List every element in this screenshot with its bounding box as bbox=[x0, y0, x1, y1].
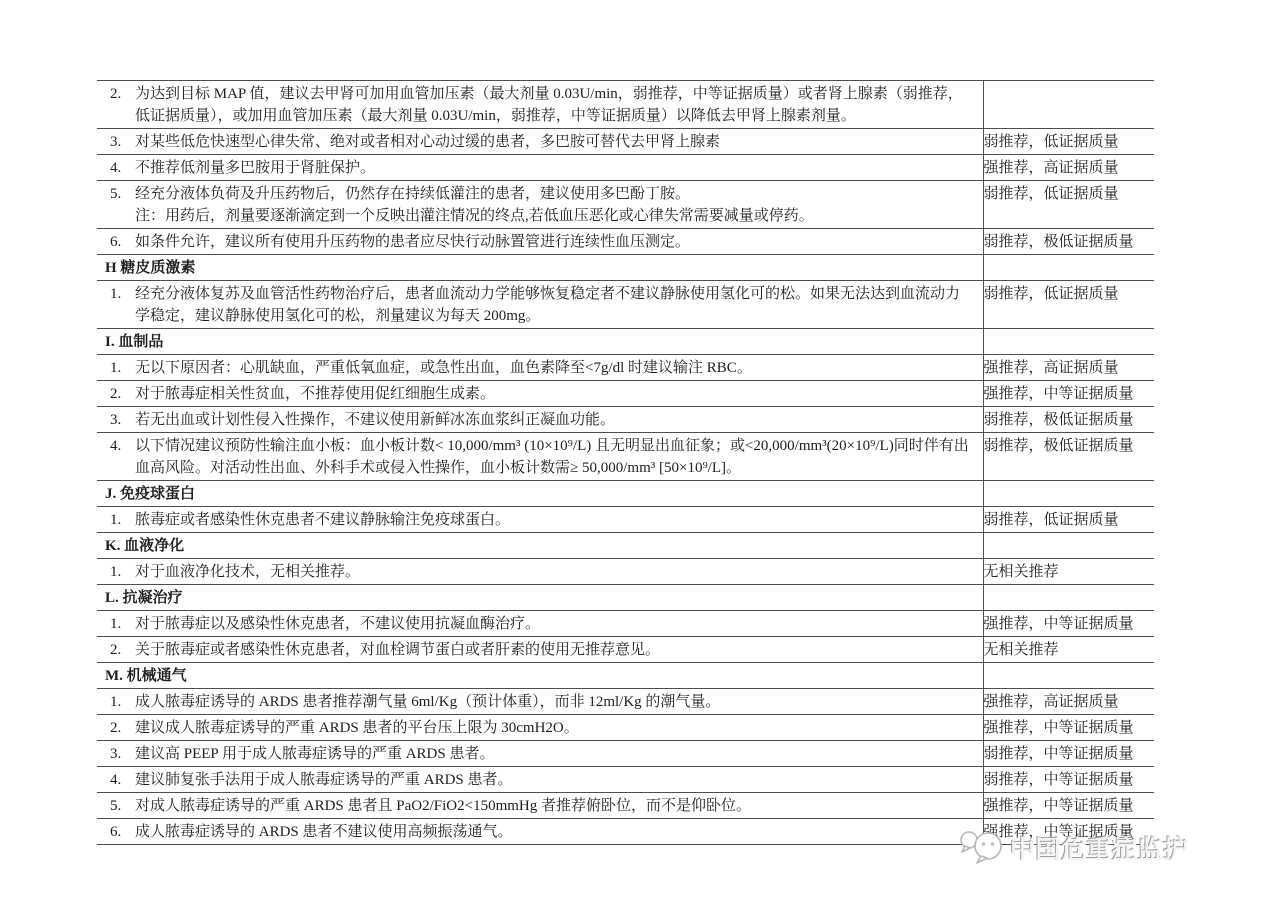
guideline-table: 2.为达到目标 MAP 值，建议去甲肾可加用血管加压素（最大剂量 0.03U/m… bbox=[97, 80, 1154, 845]
recommendation-cell: 6.成人脓毒症诱导的 ARDS 患者不建议使用高频振荡通气。 bbox=[97, 819, 983, 845]
item-number: 3. bbox=[97, 409, 135, 431]
item-text: 不推荐低剂量多巴胺用于肾脏保护。 bbox=[135, 157, 983, 179]
table-row: 5.经充分液体负荷及升压药物后，仍然存在持续低灌注的患者，建议使用多巴酚丁胺。 … bbox=[97, 181, 1154, 229]
guideline-table-body: 2.为达到目标 MAP 值，建议去甲肾可加用血管加压素（最大剂量 0.03U/m… bbox=[97, 81, 1154, 845]
item-text: 脓毒症或者感染性休克患者不建议静脉输注免疫球蛋白。 bbox=[135, 509, 983, 531]
section-header: I. 血制品 bbox=[97, 331, 983, 353]
item-text: 关于脓毒症或者感染性休克患者，对血栓调节蛋白或者肝素的使用无推荐意见。 bbox=[135, 639, 983, 661]
recommendation-cell: K. 血液净化 bbox=[97, 533, 983, 559]
grade-cell: 弱推荐，中等证据质量 bbox=[983, 741, 1154, 767]
item-number: 2. bbox=[97, 83, 135, 127]
watermark-logo: 中国危重症监护 bbox=[958, 824, 1194, 872]
item-number: 3. bbox=[97, 743, 135, 765]
table-row: 6.如条件允许，建议所有使用升压药物的患者应尽快行动脉置管进行连续性血压测定。弱… bbox=[97, 229, 1154, 255]
item-text: 成人脓毒症诱导的 ARDS 患者不建议使用高频振荡通气。 bbox=[135, 821, 983, 843]
grade-cell: 弱推荐，低证据质量 bbox=[983, 281, 1154, 329]
grade-cell: 强推荐，中等证据质量 bbox=[983, 715, 1154, 741]
item-number: 1. bbox=[97, 357, 135, 379]
recommendation-cell: 1.成人脓毒症诱导的 ARDS 患者推荐潮气量 6ml/Kg（预计体重），而非 … bbox=[97, 689, 983, 715]
grade-cell: 弱推荐，极低证据质量 bbox=[983, 229, 1154, 255]
table-row: 4.以下情况建议预防性输注血小板：血小板计数< 10,000/mm³ (10×1… bbox=[97, 433, 1154, 481]
grade-cell: 弱推荐，低证据质量 bbox=[983, 507, 1154, 533]
table-row: 1.对于脓毒症以及感染性休克患者，不建议使用抗凝血酶治疗。强推荐，中等证据质量 bbox=[97, 611, 1154, 637]
grade-cell: 强推荐，中等证据质量 bbox=[983, 793, 1154, 819]
section-header: K. 血液净化 bbox=[97, 535, 983, 557]
table-row: 2.建议成人脓毒症诱导的严重 ARDS 患者的平台压上限为 30cmH2O。强推… bbox=[97, 715, 1154, 741]
section-row: K. 血液净化 bbox=[97, 533, 1154, 559]
item-text: 对于脓毒症相关性贫血，不推荐使用促红细胞生成素。 bbox=[135, 383, 983, 405]
table-row: 1.对于血液净化技术，无相关推荐。无相关推荐 bbox=[97, 559, 1154, 585]
item-text: 若无出血或计划性侵入性操作，不建议使用新鲜冰冻血浆纠正凝血功能。 bbox=[135, 409, 983, 431]
grade-cell: 弱推荐，低证据质量 bbox=[983, 129, 1154, 155]
table-row: 1.脓毒症或者感染性休克患者不建议静脉输注免疫球蛋白。弱推荐，低证据质量 bbox=[97, 507, 1154, 533]
recommendation-cell: M. 机械通气 bbox=[97, 663, 983, 689]
item-text: 对于脓毒症以及感染性休克患者，不建议使用抗凝血酶治疗。 bbox=[135, 613, 983, 635]
recommendation-cell: 1.无以下原因者：心肌缺血，严重低氧血症，或急性出血，血色素降至<7g/dl 时… bbox=[97, 355, 983, 381]
grade-cell: 弱推荐，极低证据质量 bbox=[983, 407, 1154, 433]
item-text: 经充分液体复苏及血管活性药物治疗后，患者血流动力学能够恢复稳定者不建议静脉使用氢… bbox=[135, 283, 983, 327]
guideline-table-container: 2.为达到目标 MAP 值，建议去甲肾可加用血管加压素（最大剂量 0.03U/m… bbox=[97, 80, 1154, 845]
table-row: 4.不推荐低剂量多巴胺用于肾脏保护。强推荐，高证据质量 bbox=[97, 155, 1154, 181]
grade-cell bbox=[983, 585, 1154, 611]
recommendation-cell: 1.对于脓毒症以及感染性休克患者，不建议使用抗凝血酶治疗。 bbox=[97, 611, 983, 637]
wechat-bubbles-icon bbox=[958, 827, 1006, 869]
recommendation-cell: I. 血制品 bbox=[97, 329, 983, 355]
section-header: L. 抗凝治疗 bbox=[97, 587, 983, 609]
grade-cell bbox=[983, 533, 1154, 559]
recommendation-cell: 2.关于脓毒症或者感染性休克患者，对血栓调节蛋白或者肝素的使用无推荐意见。 bbox=[97, 637, 983, 663]
table-row: 5.对成人脓毒症诱导的严重 ARDS 患者且 PaO2/FiO2<150mmHg… bbox=[97, 793, 1154, 819]
item-text: 对某些低危快速型心律失常、绝对或者相对心动过缓的患者，多巴胺可替代去甲肾上腺素 bbox=[135, 131, 983, 153]
recommendation-cell: 1.经充分液体复苏及血管活性药物治疗后，患者血流动力学能够恢复稳定者不建议静脉使… bbox=[97, 281, 983, 329]
item-text: 对于血液净化技术，无相关推荐。 bbox=[135, 561, 983, 583]
section-row: J. 免疫球蛋白 bbox=[97, 481, 1154, 507]
item-number: 2. bbox=[97, 639, 135, 661]
grade-cell: 强推荐，高证据质量 bbox=[983, 689, 1154, 715]
section-row: I. 血制品 bbox=[97, 329, 1154, 355]
recommendation-cell: 5.对成人脓毒症诱导的严重 ARDS 患者且 PaO2/FiO2<150mmHg… bbox=[97, 793, 983, 819]
recommendation-cell: 1.对于血液净化技术，无相关推荐。 bbox=[97, 559, 983, 585]
item-number: 1. bbox=[97, 283, 135, 327]
item-number: 5. bbox=[97, 183, 135, 227]
recommendation-cell: 5.经充分液体负荷及升压药物后，仍然存在持续低灌注的患者，建议使用多巴酚丁胺。 … bbox=[97, 181, 983, 229]
recommendation-cell: 2.为达到目标 MAP 值，建议去甲肾可加用血管加压素（最大剂量 0.03U/m… bbox=[97, 81, 983, 129]
recommendation-cell: 1.脓毒症或者感染性休克患者不建议静脉输注免疫球蛋白。 bbox=[97, 507, 983, 533]
grade-cell bbox=[983, 663, 1154, 689]
item-number: 4. bbox=[97, 769, 135, 791]
recommendation-cell: 3.建议高 PEEP 用于成人脓毒症诱导的严重 ARDS 患者。 bbox=[97, 741, 983, 767]
watermark-logo-text: 中国危重症监护 bbox=[1010, 830, 1189, 866]
section-row: H 糖皮质激素 bbox=[97, 255, 1154, 281]
recommendation-cell: J. 免疫球蛋白 bbox=[97, 481, 983, 507]
recommendation-cell: H 糖皮质激素 bbox=[97, 255, 983, 281]
grade-cell: 强推荐，高证据质量 bbox=[983, 155, 1154, 181]
recommendation-cell: 6.如条件允许，建议所有使用升压药物的患者应尽快行动脉置管进行连续性血压测定。 bbox=[97, 229, 983, 255]
grade-cell: 弱推荐，极低证据质量 bbox=[983, 433, 1154, 481]
section-row: L. 抗凝治疗 bbox=[97, 585, 1154, 611]
item-number: 6. bbox=[97, 821, 135, 843]
section-header: J. 免疫球蛋白 bbox=[97, 483, 983, 505]
recommendation-cell: L. 抗凝治疗 bbox=[97, 585, 983, 611]
table-row: 2.对于脓毒症相关性贫血，不推荐使用促红细胞生成素。强推荐，中等证据质量 bbox=[97, 381, 1154, 407]
item-text: 无以下原因者：心肌缺血，严重低氧血症，或急性出血，血色素降至<7g/dl 时建议… bbox=[135, 357, 983, 379]
item-number: 1. bbox=[97, 691, 135, 713]
item-number: 1. bbox=[97, 561, 135, 583]
item-number: 5. bbox=[97, 795, 135, 817]
item-number: 4. bbox=[97, 435, 135, 479]
grade-cell bbox=[983, 329, 1154, 355]
item-text: 为达到目标 MAP 值，建议去甲肾可加用血管加压素（最大剂量 0.03U/min… bbox=[135, 83, 983, 127]
grade-cell bbox=[983, 481, 1154, 507]
table-row: 3.建议高 PEEP 用于成人脓毒症诱导的严重 ARDS 患者。弱推荐，中等证据… bbox=[97, 741, 1154, 767]
table-row: 3.若无出血或计划性侵入性操作，不建议使用新鲜冰冻血浆纠正凝血功能。弱推荐，极低… bbox=[97, 407, 1154, 433]
grade-cell bbox=[983, 255, 1154, 281]
item-text: 建议高 PEEP 用于成人脓毒症诱导的严重 ARDS 患者。 bbox=[135, 743, 983, 765]
table-row: 2.为达到目标 MAP 值，建议去甲肾可加用血管加压素（最大剂量 0.03U/m… bbox=[97, 81, 1154, 129]
grade-cell: 弱推荐，中等证据质量 bbox=[983, 767, 1154, 793]
table-row: 3.对某些低危快速型心律失常、绝对或者相对心动过缓的患者，多巴胺可替代去甲肾上腺… bbox=[97, 129, 1154, 155]
grade-cell: 强推荐，高证据质量 bbox=[983, 355, 1154, 381]
table-row: 1.成人脓毒症诱导的 ARDS 患者推荐潮气量 6ml/Kg（预计体重），而非 … bbox=[97, 689, 1154, 715]
grade-cell: 无相关推荐 bbox=[983, 637, 1154, 663]
grade-cell: 弱推荐，低证据质量 bbox=[983, 181, 1154, 229]
item-text: 经充分液体负荷及升压药物后，仍然存在持续低灌注的患者，建议使用多巴酚丁胺。 注：… bbox=[135, 183, 983, 227]
section-row: M. 机械通气 bbox=[97, 663, 1154, 689]
table-row: 1.无以下原因者：心肌缺血，严重低氧血症，或急性出血，血色素降至<7g/dl 时… bbox=[97, 355, 1154, 381]
item-text: 以下情况建议预防性输注血小板：血小板计数< 10,000/mm³ (10×10⁹… bbox=[135, 435, 983, 479]
item-text: 对成人脓毒症诱导的严重 ARDS 患者且 PaO2/FiO2<150mmHg 者… bbox=[135, 795, 983, 817]
item-text: 建议成人脓毒症诱导的严重 ARDS 患者的平台压上限为 30cmH2O。 bbox=[135, 717, 983, 739]
item-number: 1. bbox=[97, 509, 135, 531]
item-text: 成人脓毒症诱导的 ARDS 患者推荐潮气量 6ml/Kg（预计体重），而非 12… bbox=[135, 691, 983, 713]
grade-cell: 强推荐，中等证据质量 bbox=[983, 611, 1154, 637]
section-header: M. 机械通气 bbox=[97, 665, 983, 687]
table-row: 1.经充分液体复苏及血管活性药物治疗后，患者血流动力学能够恢复稳定者不建议静脉使… bbox=[97, 281, 1154, 329]
item-text: 建议肺复张手法用于成人脓毒症诱导的严重 ARDS 患者。 bbox=[135, 769, 983, 791]
recommendation-cell: 2.对于脓毒症相关性贫血，不推荐使用促红细胞生成素。 bbox=[97, 381, 983, 407]
recommendation-cell: 3.对某些低危快速型心律失常、绝对或者相对心动过缓的患者，多巴胺可替代去甲肾上腺… bbox=[97, 129, 983, 155]
recommendation-cell: 2.建议成人脓毒症诱导的严重 ARDS 患者的平台压上限为 30cmH2O。 bbox=[97, 715, 983, 741]
table-row: 2.关于脓毒症或者感染性休克患者，对血栓调节蛋白或者肝素的使用无推荐意见。无相关… bbox=[97, 637, 1154, 663]
recommendation-cell: 3.若无出血或计划性侵入性操作，不建议使用新鲜冰冻血浆纠正凝血功能。 bbox=[97, 407, 983, 433]
grade-cell: 强推荐，中等证据质量 bbox=[983, 381, 1154, 407]
item-number: 4. bbox=[97, 157, 135, 179]
item-number: 1. bbox=[97, 613, 135, 635]
item-number: 6. bbox=[97, 231, 135, 253]
grade-cell: 无相关推荐 bbox=[983, 559, 1154, 585]
item-number: 3. bbox=[97, 131, 135, 153]
item-number: 2. bbox=[97, 383, 135, 405]
item-text: 如条件允许，建议所有使用升压药物的患者应尽快行动脉置管进行连续性血压测定。 bbox=[135, 231, 983, 253]
section-header: H 糖皮质激素 bbox=[97, 257, 983, 279]
recommendation-cell: 4.建议肺复张手法用于成人脓毒症诱导的严重 ARDS 患者。 bbox=[97, 767, 983, 793]
item-number: 2. bbox=[97, 717, 135, 739]
table-row: 4.建议肺复张手法用于成人脓毒症诱导的严重 ARDS 患者。弱推荐，中等证据质量 bbox=[97, 767, 1154, 793]
recommendation-cell: 4.不推荐低剂量多巴胺用于肾脏保护。 bbox=[97, 155, 983, 181]
grade-cell bbox=[983, 81, 1154, 129]
recommendation-cell: 4.以下情况建议预防性输注血小板：血小板计数< 10,000/mm³ (10×1… bbox=[97, 433, 983, 481]
